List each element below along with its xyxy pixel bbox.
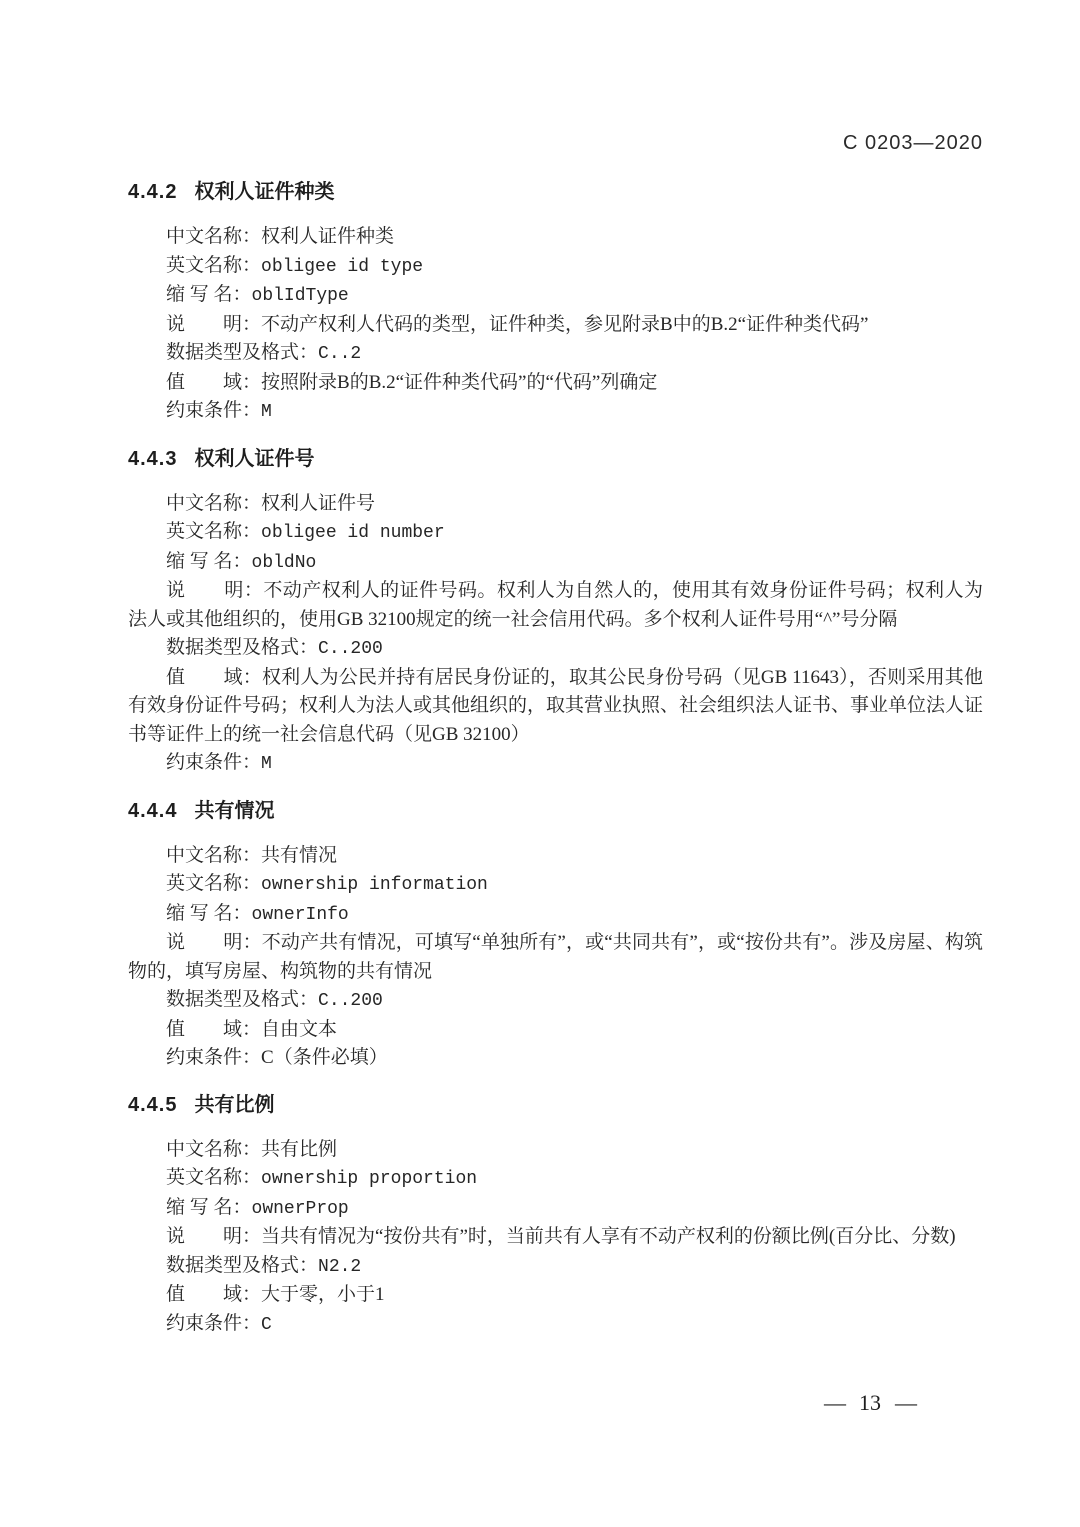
field-value: ownerInfo — [252, 905, 349, 925]
document-body: 4.4.2权利人证件种类中文名称：权利人证件种类英文名称：obligee id … — [128, 180, 983, 1339]
field-value: 共有比例 — [261, 1139, 337, 1160]
field-value: 权利人证件种类 — [261, 226, 394, 247]
section-heading: 4.4.2权利人证件种类 — [128, 180, 983, 205]
field-constraint: 约束条件：C — [128, 1310, 983, 1340]
document-code: C 0203—2020 — [128, 130, 983, 156]
field-value: C（条件必填） — [261, 1047, 388, 1068]
field-value: M — [261, 754, 272, 774]
section-number: 4.4.2 — [128, 181, 177, 203]
field-value: 大于零，小于1 — [261, 1284, 385, 1305]
field-value-domain: 值 域：权利人为公民并持有居民身份证的，取其公民身份号码（见GB 11643），… — [128, 664, 983, 750]
field-constraint: 约束条件：C（条件必填） — [128, 1044, 983, 1073]
field-data-type-format: 数据类型及格式：C..200 — [128, 634, 983, 664]
field-value: 自由文本 — [261, 1019, 337, 1040]
section-title: 权利人证件号 — [194, 448, 314, 470]
field-label: 说 明： — [166, 314, 261, 335]
spec-section: 4.4.2权利人证件种类中文名称：权利人证件种类英文名称：obligee id … — [128, 180, 983, 427]
field-label: 英文名称： — [166, 873, 261, 894]
field-english-name: 英文名称：ownership information — [128, 870, 983, 900]
section-number: 4.4.4 — [128, 800, 177, 822]
section-heading: 4.4.4共有情况 — [128, 799, 983, 824]
field-description: 说 明：当共有情况为“按份共有”时，当前共有人享有不动产权利的份额比例(百分比、… — [128, 1223, 983, 1252]
field-label: 中文名称： — [166, 1139, 261, 1160]
field-label: 说 明： — [166, 1226, 261, 1247]
footer-dash-left: — — [824, 1390, 845, 1416]
field-description: 说 明：不动产共有情况，可填写“单独所有”，或“共同共有”，或“按份共有”。涉及… — [128, 929, 983, 986]
section-heading: 4.4.5共有比例 — [128, 1093, 983, 1118]
field-value: C..200 — [318, 991, 383, 1011]
field-data-type-format: 数据类型及格式：C..200 — [128, 986, 983, 1016]
field-value: N2.2 — [318, 1257, 361, 1277]
field-value: ownership proportion — [261, 1169, 477, 1189]
field-value: C — [261, 1315, 272, 1335]
field-value: ownerProp — [252, 1199, 349, 1219]
page-number: 13 — [859, 1390, 881, 1416]
field-data-type-format: 数据类型及格式：N2.2 — [128, 1252, 983, 1282]
document-page: C 0203—2020 4.4.2权利人证件种类中文名称：权利人证件种类英文名称… — [0, 0, 1080, 1527]
field-chinese-name: 中文名称：权利人证件种类 — [128, 223, 983, 252]
spec-section: 4.4.5共有比例中文名称：共有比例英文名称：ownership proport… — [128, 1093, 983, 1340]
field-label: 英文名称： — [166, 255, 261, 276]
field-label: 数据类型及格式： — [166, 989, 318, 1010]
field-label: 说 明： — [166, 932, 262, 953]
field-abbreviation: 缩 写 名：obldNo — [128, 548, 983, 578]
field-value: 按照附录B的B.2“证件种类代码”的“代码”列确定 — [261, 372, 657, 393]
field-constraint: 约束条件：M — [128, 397, 983, 427]
field-value: obligee id number — [261, 523, 445, 543]
field-value: C..200 — [318, 639, 383, 659]
field-value-domain: 值 域：自由文本 — [128, 1016, 983, 1045]
field-value-domain: 值 域：按照附录B的B.2“证件种类代码”的“代码”列确定 — [128, 369, 983, 398]
field-label: 缩 写 名： — [166, 903, 252, 924]
section-title: 权利人证件种类 — [194, 181, 334, 203]
field-value: ownership information — [261, 875, 488, 895]
field-label: 约束条件： — [166, 1047, 261, 1068]
field-label: 缩 写 名： — [166, 284, 252, 305]
field-label: 中文名称： — [166, 845, 261, 866]
spec-section: 4.4.4共有情况中文名称：共有情况英文名称：ownership informa… — [128, 799, 983, 1073]
field-constraint: 约束条件：M — [128, 749, 983, 779]
field-label: 英文名称： — [166, 1167, 261, 1188]
field-label: 英文名称： — [166, 521, 261, 542]
field-label: 说 明： — [166, 580, 263, 601]
section-number: 4.4.5 — [128, 1094, 177, 1116]
field-value-domain: 值 域：大于零，小于1 — [128, 1281, 983, 1310]
field-label: 约束条件： — [166, 1313, 261, 1334]
field-description: 说 明：不动产权利人代码的类型，证件种类，参见附录B中的B.2“证件种类代码” — [128, 311, 983, 340]
field-abbreviation: 缩 写 名：oblIdType — [128, 281, 983, 311]
field-label: 缩 写 名： — [166, 551, 252, 572]
field-value: 当共有情况为“按份共有”时，当前共有人享有不动产权利的份额比例(百分比、分数) — [261, 1226, 956, 1247]
field-value: 权利人证件号 — [261, 493, 375, 514]
field-value: oblIdType — [252, 286, 349, 306]
field-english-name: 英文名称：obligee id number — [128, 518, 983, 548]
field-value: 共有情况 — [261, 845, 337, 866]
field-label: 中文名称： — [166, 493, 261, 514]
field-value: M — [261, 402, 272, 422]
footer-dash-right: — — [895, 1390, 916, 1416]
field-value: 不动产权利人代码的类型，证件种类，参见附录B中的B.2“证件种类代码” — [261, 314, 868, 335]
field-label: 值 域： — [166, 667, 262, 688]
field-label: 数据类型及格式： — [166, 637, 318, 658]
spec-section: 4.4.3权利人证件号中文名称：权利人证件号英文名称：obligee id nu… — [128, 447, 983, 779]
field-label: 值 域： — [166, 372, 261, 393]
section-title: 共有比例 — [194, 1094, 274, 1116]
field-label: 数据类型及格式： — [166, 342, 318, 363]
field-value: C..2 — [318, 344, 361, 364]
section-number: 4.4.3 — [128, 448, 177, 470]
field-label: 缩 写 名： — [166, 1197, 252, 1218]
field-label: 值 域： — [166, 1284, 261, 1305]
field-english-name: 英文名称：obligee id type — [128, 252, 983, 282]
field-label: 约束条件： — [166, 752, 261, 773]
field-value: obldNo — [252, 553, 317, 573]
section-title: 共有情况 — [194, 800, 274, 822]
field-label: 数据类型及格式： — [166, 1255, 318, 1276]
field-value: obligee id type — [261, 257, 423, 277]
field-english-name: 英文名称：ownership proportion — [128, 1164, 983, 1194]
field-data-type-format: 数据类型及格式：C..2 — [128, 339, 983, 369]
field-description: 说 明：不动产权利人的证件号码。权利人为自然人的，使用其有效身份证件号码；权利人… — [128, 577, 983, 634]
field-label: 值 域： — [166, 1019, 261, 1040]
field-label: 约束条件： — [166, 400, 261, 421]
field-label: 中文名称： — [166, 226, 261, 247]
field-chinese-name: 中文名称：共有比例 — [128, 1136, 983, 1165]
section-heading: 4.4.3权利人证件号 — [128, 447, 983, 472]
field-abbreviation: 缩 写 名：ownerProp — [128, 1194, 983, 1224]
field-abbreviation: 缩 写 名：ownerInfo — [128, 900, 983, 930]
field-chinese-name: 中文名称：共有情况 — [128, 842, 983, 871]
page-footer: — 13 — — [775, 1390, 965, 1416]
field-chinese-name: 中文名称：权利人证件号 — [128, 490, 983, 519]
